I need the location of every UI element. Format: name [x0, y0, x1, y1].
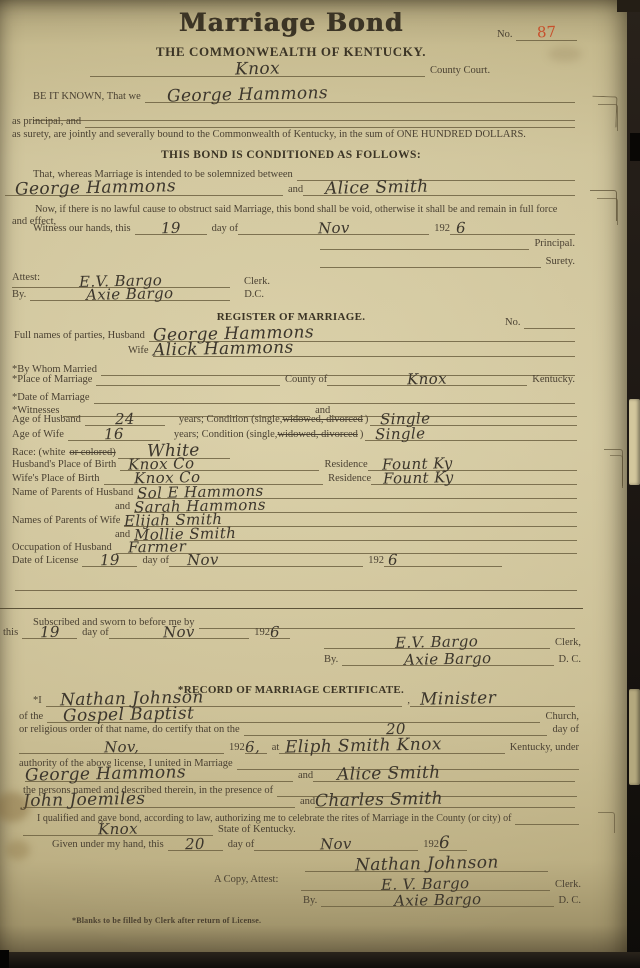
given-clause: Given under my hand, this: [52, 839, 168, 851]
surety-name-line: [85, 127, 575, 128]
copy-attest-row: A Copy, Attest:: [214, 874, 282, 886]
given-year-line: 6: [439, 835, 467, 851]
county-line: Knox: [90, 61, 425, 77]
place-marriage-row: *Place of Marriage County of Knox Kentuc…: [12, 372, 575, 386]
full-names-row: Full names of parties, Husband George Ha…: [14, 326, 575, 342]
day-line: 19: [135, 221, 207, 235]
month-handwritten: Nov: [318, 221, 350, 236]
wife-birth-label: Wife's Place of Birth: [12, 473, 104, 485]
license-label: Date of License: [12, 555, 82, 567]
principal-name-line: George Hammons: [145, 87, 575, 103]
cert-couple-row: George Hammons and Alice Smith: [25, 766, 575, 782]
cert-year-line: 6,: [245, 740, 267, 754]
minister-title-handwritten: Minister: [410, 690, 497, 708]
sworn-day-of: day of: [82, 627, 109, 639]
copy-attest-label: A Copy, Attest:: [214, 874, 282, 886]
sworn-deputy-line: Axie Bargo: [342, 652, 553, 666]
date-marriage-row: *Date of Marriage: [12, 392, 575, 404]
wife-residence-line: Fount Ky: [371, 471, 577, 485]
given-year-prefix: 192: [423, 839, 439, 851]
cert-deputy-signature: Axie Bargo: [393, 892, 481, 908]
license-year-prefix: 192: [368, 555, 384, 567]
given-day-handwritten: 20: [185, 837, 205, 852]
next-page-tab-lower: [629, 689, 640, 785]
county-handwritten: Knox: [235, 61, 280, 78]
sworn-date-row: this 19 day of Nov 192 6: [3, 625, 290, 639]
cert-deputy-line: Axie Bargo: [321, 893, 553, 907]
sworn-clerk-signature: E.V. Bargo: [395, 634, 479, 650]
register-heading: REGISTER OF MARRIAGE.: [0, 311, 582, 323]
minister-title-line: Minister: [410, 691, 575, 707]
residence-label-2: Residence: [328, 473, 371, 485]
cert-groom-line: George Hammons: [25, 766, 293, 782]
stain-blot-left: [0, 792, 30, 822]
cert-clerk-label: Clerk.: [555, 879, 581, 891]
deputy-signature-line: Axie Bargo: [30, 287, 230, 301]
groom-line: George Hammons: [5, 180, 283, 196]
cert-month-line: Nov,: [19, 740, 224, 754]
principal-name-handwritten: George Hammons: [145, 85, 328, 105]
year-handwritten: 6: [450, 221, 466, 236]
cert-month-handwritten: Nov,: [104, 740, 140, 755]
sworn-deputy-row: By. Axie Bargo D. C.: [324, 652, 581, 666]
dc-label: D.C.: [244, 289, 264, 301]
stain-smudge-top: [548, 46, 582, 62]
sworn-deputy-signature: Axie Bargo: [404, 651, 492, 667]
number-label: No.: [497, 29, 516, 41]
this-label: this: [3, 627, 22, 639]
sworn-clerk-label: Clerk,: [555, 637, 581, 649]
parents-wife-label: Names of Parents of Wife: [12, 515, 124, 527]
license-day-handwritten: 19: [100, 553, 120, 568]
wife-name-line: Alick Hammons: [153, 341, 575, 357]
wife-name-row: Wife Alick Hammons: [128, 341, 575, 357]
parents-wife-row: Names of Parents of Wife Elijah Smith: [12, 513, 577, 527]
next-page-tab-upper: [629, 399, 640, 485]
i-label: *I: [33, 695, 46, 707]
given-day-line: 20: [168, 837, 223, 851]
marriage-county-handwritten: Knox: [407, 372, 447, 387]
day-of-label: day of: [212, 223, 239, 235]
month-line: Nov: [238, 221, 429, 235]
surety-sign-line: [320, 267, 541, 268]
license-month-line: Nov: [169, 553, 363, 567]
license-year-line: 6: [384, 553, 502, 567]
scan-notch: [630, 133, 640, 161]
wife-condition-line: Single: [365, 427, 577, 441]
bond-number-stamp: 87: [537, 24, 557, 42]
license-day-line: 19: [82, 553, 137, 567]
wife-birth-row: Wife's Place of Birth Knox Co Residence …: [12, 471, 577, 485]
wife-name-handwritten: Alick Hammons: [152, 340, 293, 359]
cert-groom-handwritten: George Hammons: [25, 764, 186, 784]
cert-place-handwritten: Eliph Smith Knox: [279, 736, 442, 756]
kentucky-under-label: Kentucky, under: [510, 742, 579, 754]
parents-husband-label: Name of Parents of Husband: [12, 487, 137, 499]
qualified-line: [515, 824, 579, 825]
given-month-handwritten: Nov: [320, 837, 352, 852]
license-month-handwritten: Nov: [169, 552, 219, 567]
document-page: Marriage Bond No. 87 THE COMMONWEALTH OF…: [0, 0, 627, 968]
minister-signature-line: Nathan Johnson: [305, 856, 548, 872]
minister-signature: Nathan Johnson: [354, 854, 498, 873]
place-label: *Place of Marriage: [12, 374, 96, 386]
cert-day-line: 20: [244, 722, 548, 736]
husband-birth-row: Husband's Place of Birth Knox Co Residen…: [12, 457, 577, 471]
license-row: Date of License 19 day of Nov 192 6: [12, 553, 502, 567]
scan-bottom-left-square: [0, 950, 9, 968]
cert-clerk-row: E. V. Bargo Clerk.: [301, 877, 581, 891]
pen-mark-bracket-2b: [597, 198, 618, 225]
surety-label: Surety.: [546, 256, 575, 268]
scan-bottom-band: [0, 952, 640, 968]
cert-date-place-row: Nov, 192 6, at Eliph Smith Knox Kentucky…: [19, 738, 579, 754]
conditioned-heading: THIS BOND IS CONDITIONED AS FOLLOWS:: [0, 149, 582, 161]
cert-witnesses-row: John Joemiles and Charles Smith: [23, 792, 575, 808]
residence-label-1: Residence: [324, 459, 367, 471]
condition-struck-2: widowed, divorced: [277, 429, 359, 441]
marriage-county-line: Knox: [327, 372, 527, 386]
given-row: Given under my hand, this 20 day of Nov …: [52, 835, 467, 851]
wife-label: Wife: [128, 345, 153, 357]
bride-line: Alice Smith: [303, 180, 575, 196]
given-day-of: day of: [228, 839, 255, 851]
condition-label: years; Condition (single,: [179, 414, 283, 426]
church-line: Gospel Baptist: [47, 707, 540, 723]
stain-blot-left-2: [6, 840, 30, 860]
cert-witness2-line: Charles Smith: [315, 792, 575, 808]
commonwealth-heading: THE COMMONWEALTH OF KENTUCKY.: [0, 44, 582, 60]
number-line: 87: [516, 24, 577, 41]
place-line: [96, 385, 279, 386]
sworn-year-prefix: 192: [254, 627, 270, 639]
wife-residence-handwritten: Fount Ky: [371, 470, 454, 486]
sworn-year-line: 6: [270, 625, 290, 639]
witness-clause: Witness our hands, this: [33, 223, 135, 235]
be-it-known-label: BE IT KNOWN, That we: [33, 91, 145, 103]
sworn-clerk-line: E.V. Bargo: [324, 635, 550, 649]
cert-year-prefix: 192: [229, 742, 245, 754]
age-wife-label: Age of Wife: [12, 429, 68, 441]
bond-number-row: No. 87: [497, 24, 577, 41]
cert-deputy-row: By. Axie Bargo D. C.: [303, 893, 581, 907]
be-it-known-row: BE IT KNOWN, That we George Hammons: [33, 87, 575, 103]
county-court-row: Knox County Court.: [90, 61, 572, 77]
age-husband-label: Age of Husband: [12, 414, 85, 426]
bride-handwritten: Alice Smith: [303, 179, 429, 198]
sworn-dc-label: D. C.: [559, 654, 581, 666]
license-year-handwritten: 6: [384, 553, 398, 568]
as-principal-row: as principal, and: [12, 116, 575, 128]
condition-struck: widowed, divorced: [282, 414, 364, 426]
cert-by-label: By.: [303, 895, 321, 907]
age-husband-line: 24: [85, 412, 165, 426]
year-prefix: 192: [434, 223, 450, 235]
void-clause-row: Now, if there is no lawful cause to obst…: [35, 204, 589, 216]
as-principal-label: as principal, and: [12, 116, 85, 128]
cert-witness-and: and: [300, 796, 315, 808]
deputy-signature: Axie Bargo: [86, 286, 174, 302]
kentucky-label: Kentucky.: [532, 374, 575, 386]
given-year-handwritten: 6: [439, 835, 451, 851]
principal-sign-line: [320, 249, 529, 250]
given-month-line: Nov: [254, 837, 418, 851]
age-wife-handwritten: 16: [104, 427, 124, 442]
cert-bride-handwritten: Alice Smith: [313, 765, 441, 784]
date-marriage-label: *Date of Marriage: [12, 392, 94, 404]
sworn-day-line: 19: [22, 625, 77, 639]
sworn-month-line: Nov: [109, 625, 250, 639]
surety-clause-row: as surety, are jointly and severally bou…: [12, 129, 530, 141]
pen-mark-bracket-4: [598, 812, 615, 833]
county-court-label: County Court.: [430, 65, 490, 77]
condition-label-2: years; Condition (single,: [174, 429, 278, 441]
age-wife-row: Age of Wife 16 years; Condition (single,…: [12, 427, 577, 441]
order-row: or religious order of that name, do cert…: [19, 722, 579, 736]
age-wife-line: 16: [68, 427, 160, 441]
cert-dc-label: D. C.: [559, 895, 581, 907]
cert-witness1-line: John Joemiles: [23, 792, 295, 808]
pen-mark-bracket-3b: [610, 455, 623, 486]
principal-sign-row: Principal.: [320, 238, 575, 250]
cert-day-of-label: day of: [552, 724, 579, 736]
sworn-day-handwritten: 19: [40, 625, 60, 640]
cert-place-line: Eliph Smith Knox: [279, 738, 504, 754]
footnote-text: *Blanks to be filled by Clerk after retu…: [72, 916, 261, 925]
cert-clerk-line: E. V. Bargo: [301, 877, 550, 891]
by-label: By.: [12, 289, 30, 301]
church-row: of the Gospel Baptist Church,: [19, 707, 579, 723]
cert-couple-and: and: [298, 770, 313, 782]
husband-birth-label: Husband's Place of Birth: [12, 459, 120, 471]
sworn-by-label: By.: [324, 654, 342, 666]
page-title: Marriage Bond: [0, 8, 582, 37]
void-clause-text: Now, if there is no lawful cause to obst…: [35, 204, 561, 216]
pen-mark-bracket-1b: [598, 104, 618, 131]
cert-witness1-handwritten: John Joemiles: [23, 791, 146, 810]
cert-witness2-handwritten: Charles Smith: [315, 791, 443, 810]
and-label: and: [288, 184, 303, 196]
attest-deputy-row: By. Axie Bargo D.C.: [12, 287, 332, 301]
section-divider-1: [15, 590, 577, 591]
minister-signature-row: Nathan Johnson: [305, 856, 548, 872]
cert-year-handwritten: 6,: [245, 740, 260, 755]
principal-label: Principal.: [534, 238, 575, 250]
sworn-month-handwritten: Nov: [163, 625, 195, 640]
groom-handwritten: George Hammons: [5, 178, 176, 198]
surety-sign-row: Surety.: [320, 256, 575, 268]
parents-husband-row: Name of Parents of Husband Sol E Hammons: [12, 485, 577, 499]
date-marriage-line: [94, 403, 575, 404]
scan-corner-mark: [617, 0, 640, 12]
witness-hands-row: Witness our hands, this 19 day of Nov 19…: [33, 221, 575, 235]
age-husband-row: Age of Husband 24 years; Condition (sing…: [12, 412, 577, 426]
sworn-year-handwritten: 6: [270, 625, 280, 639]
section-divider-2: [0, 608, 583, 609]
day-handwritten: 19: [160, 221, 180, 236]
couple-names-row: George Hammons and Alice Smith: [5, 180, 575, 196]
surety-clause-text: as surety, are jointly and severally bou…: [12, 129, 530, 141]
sworn-clerk-row: E.V. Bargo Clerk,: [324, 635, 581, 649]
order-clause: or religious order of that name, do cert…: [19, 724, 244, 736]
license-day-of: day of: [142, 555, 169, 567]
year-line: 6: [450, 221, 575, 235]
wife-condition-handwritten: Single: [365, 426, 426, 442]
cert-bride-line: Alice Smith: [313, 766, 575, 782]
county-of-label: County of: [285, 374, 327, 386]
